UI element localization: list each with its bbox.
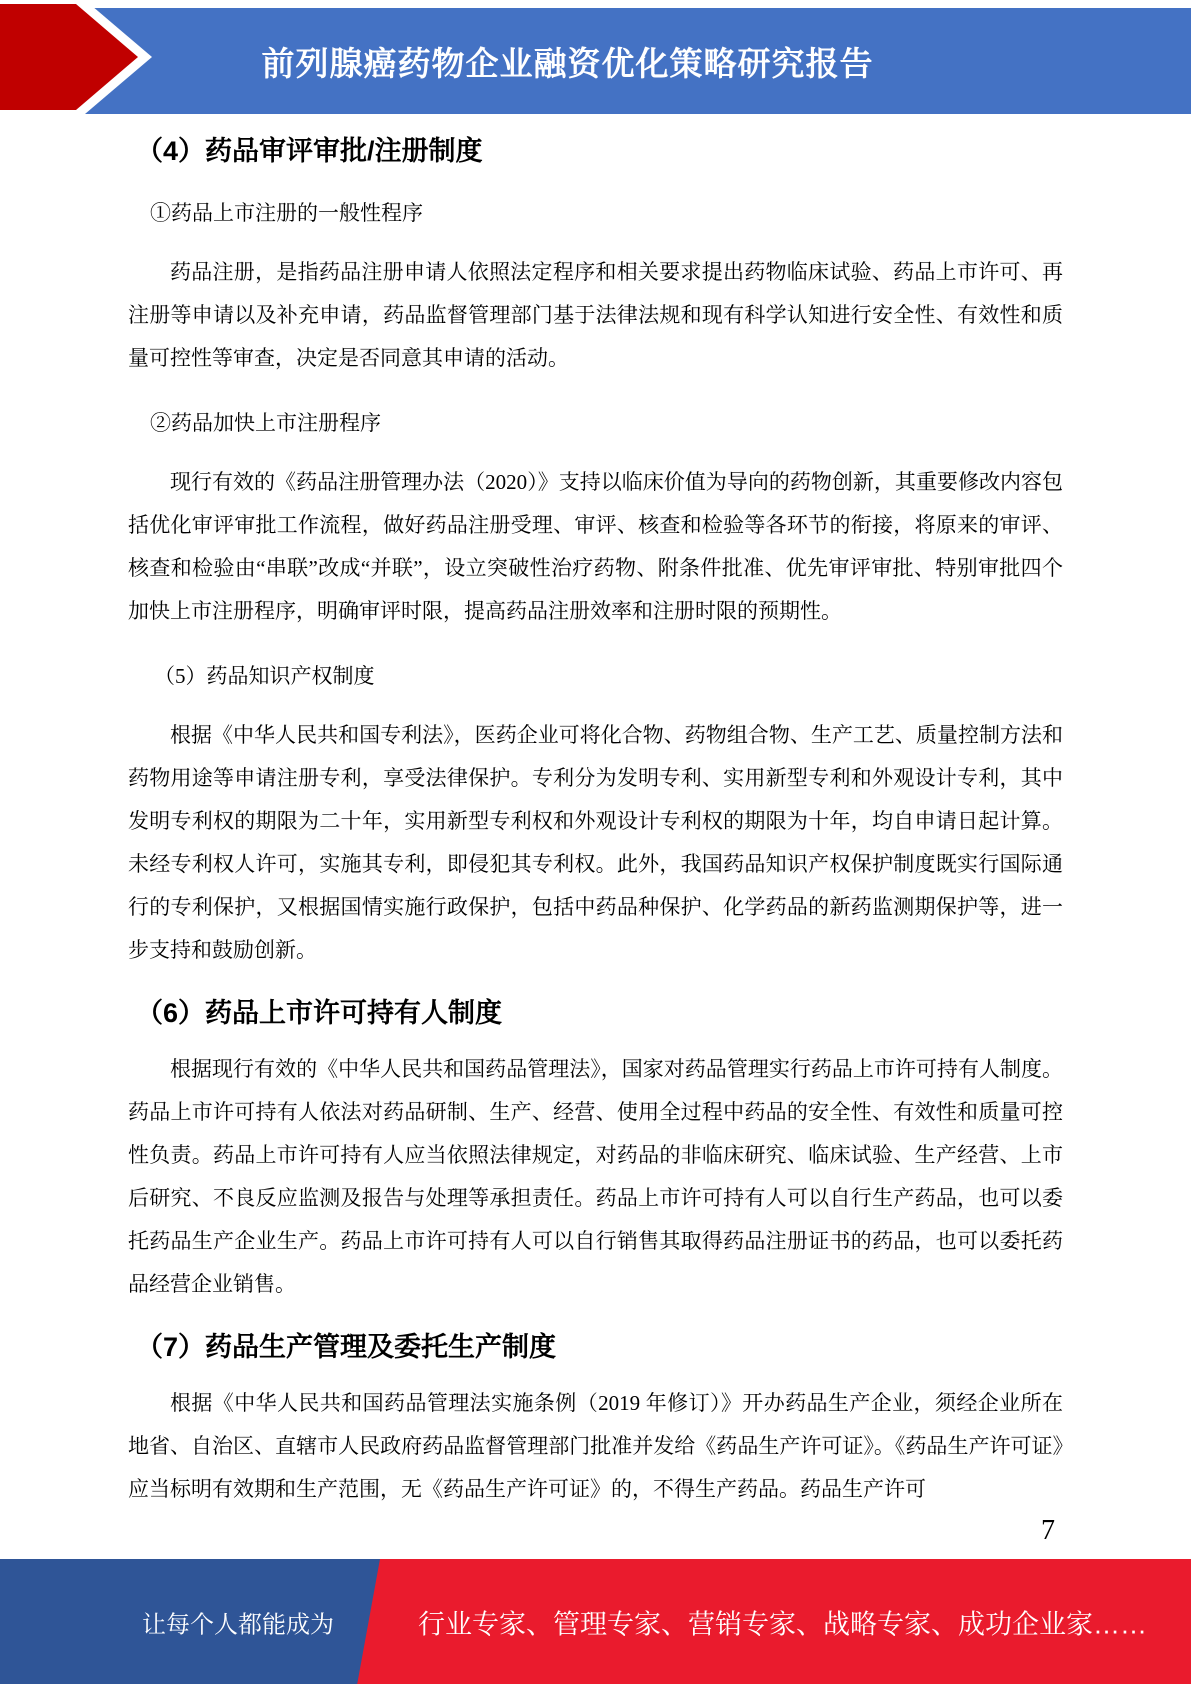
paragraph-ip-protection: 根据《中华人民共和国专利法》，医药企业可将化合物、药物组合物、生产工艺、质量控制… (128, 714, 1063, 972)
paragraph-accelerated-pathways: 现行有效的《药品注册管理办法（2020）》支持以临床价值为导向的药物创新，其重要… (128, 461, 1063, 633)
footer-slogan-text: 让每个人都能成为 (142, 1604, 334, 1639)
section-heading-7: （7）药品生产管理及委托生产制度 (128, 1328, 1063, 1366)
report-title: 前列腺癌药物企业融资优化策略研究报告 (0, 8, 1163, 114)
document-body: （4）药品审评审批/注册制度 ①药品上市注册的一般性程序 药品注册，是指药品注册… (0, 114, 1191, 1551)
subitem-accelerated-procedure: ②药品加快上市注册程序 (128, 402, 1063, 445)
section-heading-6: （6）药品上市许可持有人制度 (128, 994, 1063, 1032)
footer-experts-text: 行业专家、管理专家、营销专家、战略专家、成功企业家…… (418, 1602, 1147, 1641)
document-page: 前列腺癌药物企业融资优化策略研究报告 （4）药品审评审批/注册制度 ①药品上市注… (0, 0, 1191, 1684)
page-number: 7 (128, 1511, 1063, 1551)
paragraph-mah-system: 根据现行有效的《中华人民共和国药品管理法》，国家对药品管理实行药品上市许可持有人… (128, 1048, 1063, 1306)
page-header: 前列腺癌药物企业融资优化策略研究报告 (0, 0, 1191, 118)
paragraph-registration-definition: 药品注册，是指药品注册申请人依照法定程序和相关要求提出药物临床试验、药品上市许可… (128, 251, 1063, 380)
page-footer: 行业专家、管理专家、营销专家、战略专家、成功企业家…… 让每个人都能成为 (0, 1559, 1191, 1684)
footer-blue-band: 让每个人都能成为 (0, 1559, 380, 1684)
paragraph-production-license: 根据《中华人民共和国药品管理法实施条例（2019 年修订）》开办药品生产企业，须… (128, 1382, 1063, 1511)
section-heading-5: （5）药品知识产权制度 (128, 655, 1063, 698)
subitem-general-procedure: ①药品上市注册的一般性程序 (128, 192, 1063, 235)
section-heading-4: （4）药品审评审批/注册制度 (128, 132, 1063, 170)
